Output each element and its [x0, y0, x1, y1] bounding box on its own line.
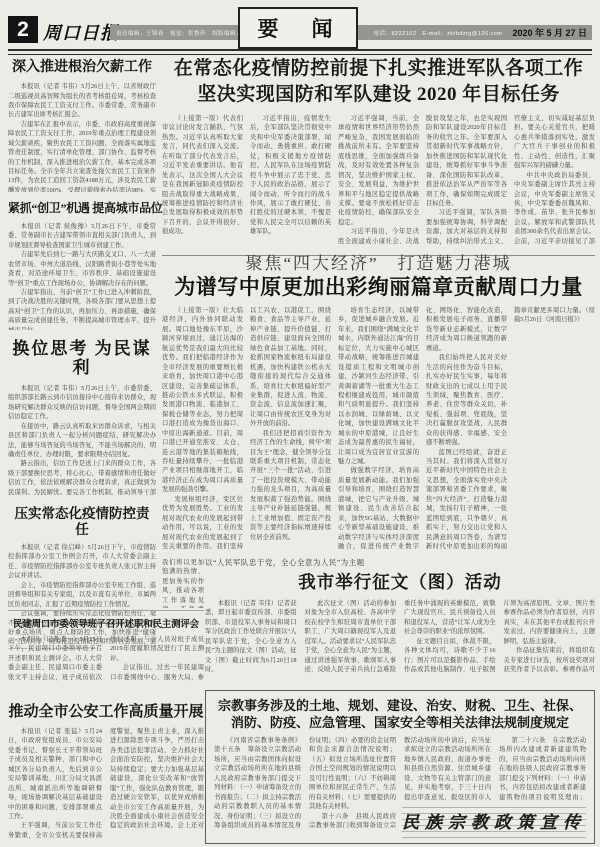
article-public-security: 推动全市公安工作高质量开展 本报讯（记者 张猛）5月24日，市政府党组成员、市公… — [8, 700, 204, 847]
article-body: 本报讯（记者 侯俊豫）5月26日下午，市委常委、常务副市长吉建军带领市直相关部门… — [8, 222, 156, 330]
lead-headline-line1: 在常态化疫情防控前提下扎实推进军队各项工作 — [162, 57, 595, 81]
focus-kicker: 聚焦“四大经济” 打造魅力港城 — [162, 255, 595, 273]
section-title: 要 闻 — [238, 7, 358, 49]
article-title: 换位思考 为民谋利 — [8, 339, 156, 378]
bottom-left-briefs: 民建周口市委领导班子召开述职和民主测评会 本报讯（记者 李一）5月25日下午，民… — [8, 610, 204, 847]
article-cndca-review: 民建周口市委领导班子召开述职和民主测评会 本报讯（记者 李一）5月25日下午，民… — [8, 616, 204, 691]
page-number: 2 — [8, 16, 38, 43]
article-wage-arrears: 深入推进根治欠薪工作 本报讯（记者 韦伟）5月26日上午，以省财政厅二级巡视员高… — [8, 60, 156, 192]
focus-article: 聚焦“四大经济” 打造魅力港城 为谱写中原更加出彩绚丽篇章贡献周口力量 （上接第… — [162, 255, 595, 556]
essay-headline: 我市举行征文（图）活动 — [205, 571, 595, 593]
religion-headline-line2: 消防、防疫、应急管理、国家安全等相关法律法规制度规定 — [214, 714, 586, 731]
focus-body: （上接第一版）壮大临港经济，内外协同联动发展。周口地处豫东平原，沙颍河穿境而过，… — [162, 306, 595, 556]
article-body: 本报讯（记者 张猛）5月24日，市政府党组成员、市公安局党委书记、督察长王平带领… — [8, 727, 204, 847]
article-title: 民建周口市委领导班子召开述职和民主测评会 — [8, 616, 204, 630]
essay-article: 以“人民军队忠于党，全心全意为人民”为主题 我市举行征文（图）活动 本报讯（记者… — [205, 557, 595, 683]
essay-kicker: 以“人民军队忠于党，全心全意为人民”为主题 — [205, 557, 595, 568]
focus-body-tail: 我们将以更加饱满的热情、更加务实的作风，推动各项工作落地见效，不负重托、不辱使命… — [162, 558, 204, 608]
lead-headline-line2: 坚决实现国防和军队建设 2020 年目标任务 — [162, 83, 595, 107]
banner-text: 民族宗教政策宣传 — [402, 808, 586, 833]
article-title: 推动全市公安工作高质量开展 — [8, 700, 204, 721]
religion-headline-line1: 宗教事务涉及的土地、规划、建设、治安、财税、卫生、社保、 — [214, 697, 586, 714]
article-petition-work: 换位思考 为民谋利 本报讯（记者 韦伟）5月26日上午，市委常委、组织部部长路云… — [8, 339, 156, 497]
lead-article: 在常态化疫情防控前提下扎实推进军队各项工作 坚决实现国防和军队建设 2020 年… — [162, 55, 595, 256]
article-title: 深入推进根治欠薪工作 — [8, 60, 156, 76]
newspaper-page: 2 周口日报 责任编辑：王锦春 视觉：张鲁莎 组版编辑：窦赢 电话：822210… — [0, 0, 600, 847]
article-body: 本报讯（记者 李一）5月25日下午，民建周口市委领导班子召开述职和民主测评会。市… — [8, 635, 204, 691]
article-body: 本报讯（记者 韦伟）5月26日上午，以省财政厅二级巡视员高智辉为组长的省考核组莅… — [8, 82, 156, 192]
issue-date: 2020 年 5 月 27 日 — [512, 26, 592, 39]
contact-info: 电话：8222102 E-mail：zkrbdztg@126.com — [373, 29, 502, 37]
religion-regulations-box: 宗教事务涉及的土地、规划、建设、治安、财税、卫生、社保、 消防、防疫、应急管理、… — [205, 690, 595, 844]
essay-body: 本报讯（记者 韦伟）记者获悉，即日起市委宣传部、市委组织部、市退役军人事务局和周… — [205, 599, 595, 683]
article-body: 本报讯（记者 韦伟）5月26日上午，市委常委、组织部部长路云到市信访接待中心接待… — [8, 384, 156, 497]
left-sidebar: 深入推进根治欠薪工作 本报讯（记者 韦伟）5月26日上午，以省财政厅二级巡视员高… — [8, 57, 156, 649]
article-title: 压实常态化疫情防控责任 — [8, 506, 156, 537]
newspaper-masthead: 周口日报 — [43, 19, 119, 45]
lead-body: （上接第一版）代表们审议讨论时发言踊跃、气氛热烈。习近平认真听取大家发言，同代表… — [162, 114, 595, 250]
religion-policy-banner: 民族宗教政策宣传 — [402, 802, 586, 838]
focus-headline: 为谱写中原更加出彩绚丽篇章贡献周口力量 — [162, 275, 595, 299]
article-sanitation-city: 紧抓“创卫”机遇 提高城市品位 本报讯（记者 侯俊豫）5月26日下午，市委常委、… — [8, 202, 156, 330]
article-title: 紧抓“创卫”机遇 提高城市品位 — [8, 202, 156, 216]
editor-credits: 责任编辑：王锦春 视觉：张鲁莎 组版编辑：窦赢 — [110, 29, 254, 37]
